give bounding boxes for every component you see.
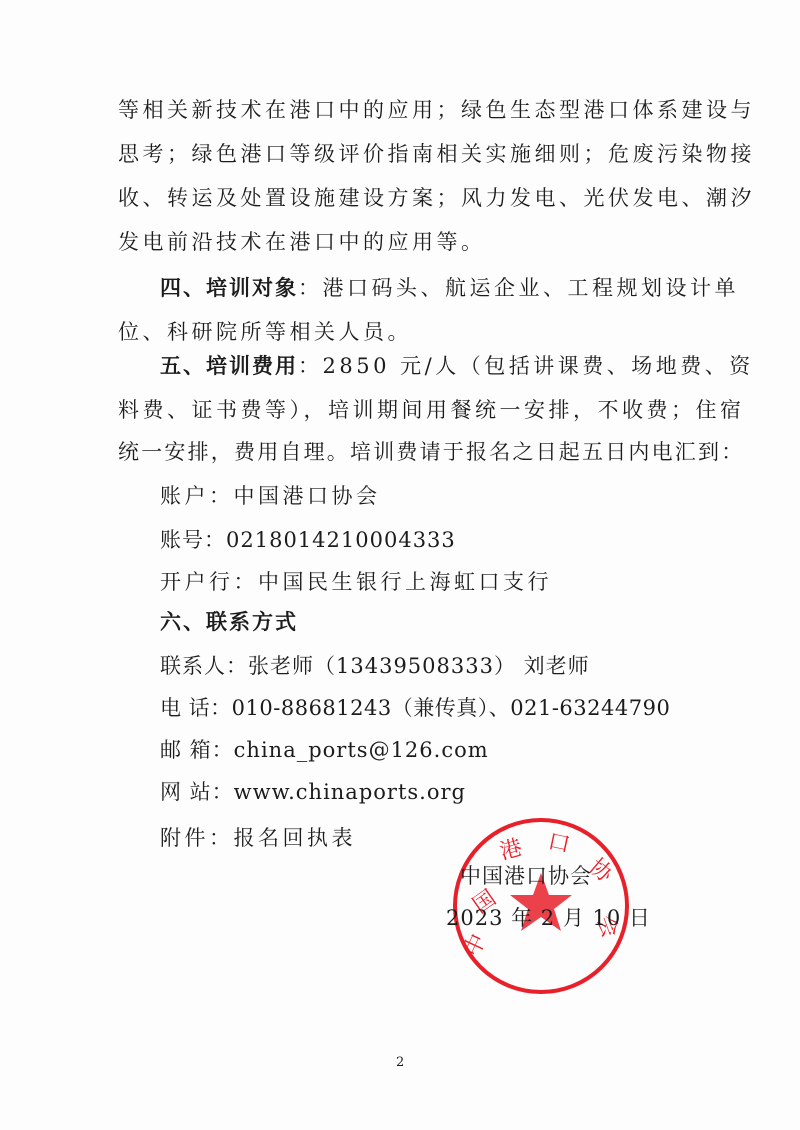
signature-org: 中国港口协会 — [460, 862, 592, 890]
website[interactable]: 网 站：www.chinaports.org — [160, 778, 466, 806]
signature-date: 2023 年 2 月 10 日 — [446, 904, 651, 932]
phone: 电 话：010-88681243（兼传真）、021-63244790 — [160, 694, 670, 722]
account-name: 账户：中国港口协会 — [160, 482, 381, 510]
contact-person: 联系人：张老师（13439508333） 刘老师 — [160, 652, 590, 680]
body-line-4: 发电前沿技术在港口中的应用等。 — [118, 228, 486, 256]
section-4-text: ：港口码头、航运企业、工程规划设计单 — [298, 276, 739, 300]
body-line-2: 思考；绿色港口等级评价指南相关实施细则；危废污染物接 — [118, 140, 755, 168]
body-line-3: 收、转运及处置设施建设方案；风力发电、光伏发电、潮汐 — [118, 184, 755, 212]
page-number: 2 — [396, 1055, 404, 1070]
body-line-1: 等相关新技术在港口中的应用；绿色生态型港口体系建设与 — [118, 96, 755, 124]
section-4-heading: 四、培训对象 — [160, 276, 298, 300]
account-number: 账号：0218014210004333 — [160, 526, 456, 554]
section-5-line-1: 五、培训费用：2850 元/人（包括讲课费、场地费、资 — [160, 352, 754, 380]
section-5-line-2: 料费、证书费等），培训期间用餐统一安排，不收费；住宿 — [118, 396, 745, 424]
section-5-line-3: 统一安排，费用自理。培训费请于报名之日起五日内电汇到： — [118, 438, 744, 466]
bank-name: 开户行：中国民生银行上海虹口支行 — [160, 568, 552, 596]
attachment: 附件：报名回执表 — [160, 824, 356, 852]
svg-text:中: 中 — [460, 930, 492, 961]
section-6-heading: 六、联系方式 — [160, 608, 298, 636]
section-4-line-2: 位、科研院所等相关人员。 — [118, 318, 412, 346]
section-5-heading: 五、培训费用 — [160, 354, 298, 378]
email[interactable]: 邮 箱：china_ports@126.com — [160, 736, 489, 764]
svg-text:口: 口 — [546, 829, 573, 858]
section-4-line-1: 四、培训对象：港口码头、航运企业、工程规划设计单 — [160, 274, 739, 302]
svg-text:港: 港 — [497, 835, 525, 865]
section-5-text: ：2850 元/人（包括讲课费、场地费、资 — [298, 354, 754, 378]
